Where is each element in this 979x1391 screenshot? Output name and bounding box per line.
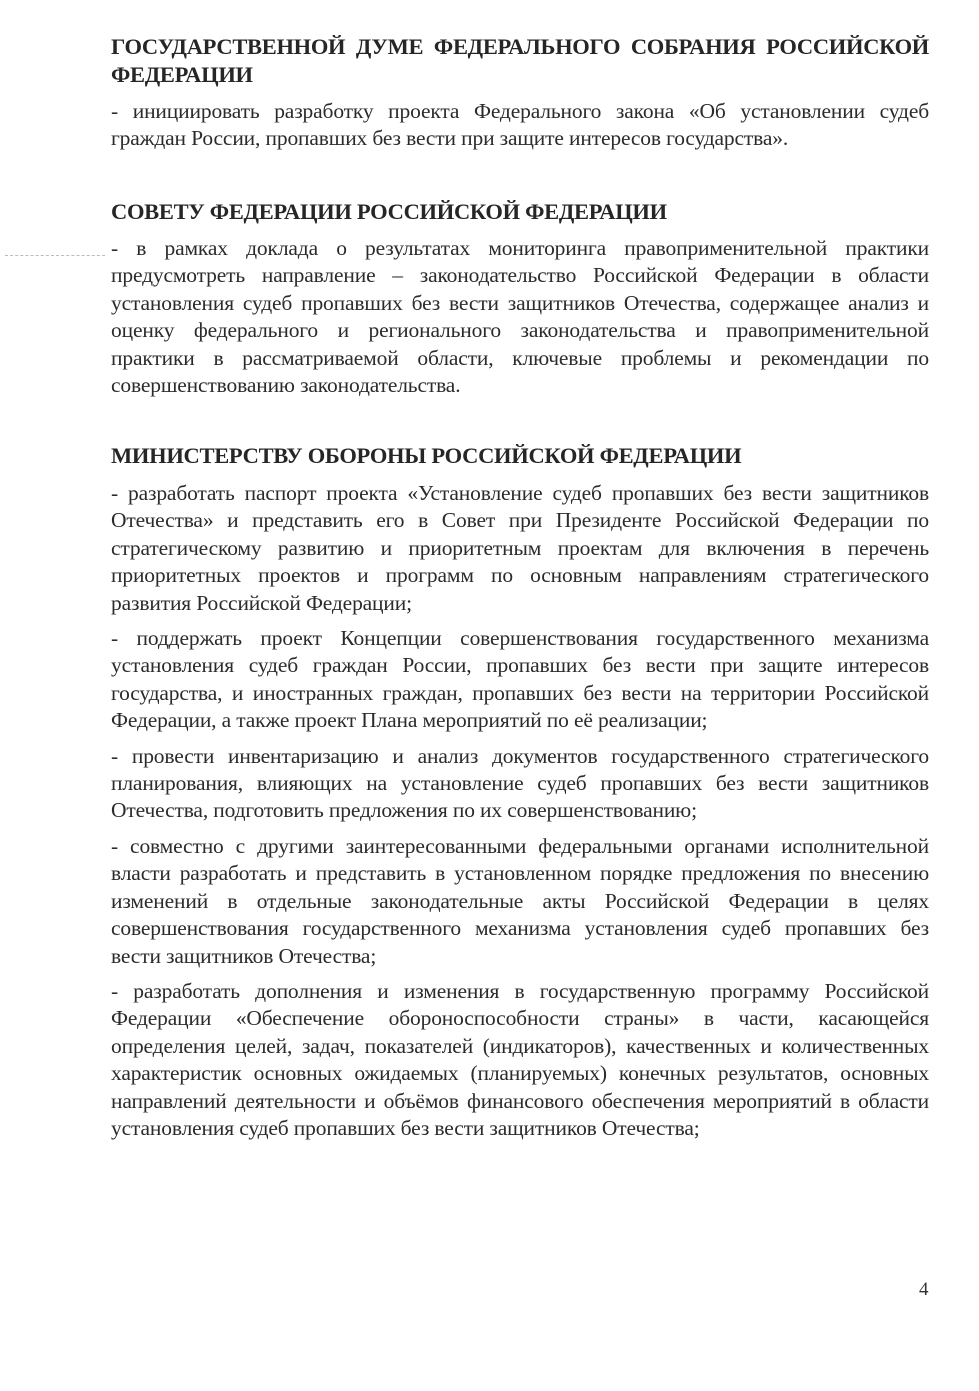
section-federation-council: СОВЕТУ ФЕДЕРАЦИИ РОССИЙСКОЙ ФЕДЕРАЦИИ - …: [111, 198, 929, 399]
list-item: - поддержать проект Концепции совершенст…: [111, 625, 929, 735]
list-item: - инициировать разработку проекта Федера…: [111, 98, 929, 153]
section-heading: ГОСУДАРСТВЕННОЙ ДУМЕ ФЕДЕРАЛЬНОГО СОБРАН…: [111, 33, 929, 89]
section-state-duma: ГОСУДАРСТВЕННОЙ ДУМЕ ФЕДЕРАЛЬНОГО СОБРАН…: [111, 33, 929, 153]
section-heading: МИНИСТЕРСТВУ ОБОРОНЫ РОССИЙСКОЙ ФЕДЕРАЦИ…: [111, 442, 929, 470]
list-item: - разработать паспорт проекта «Установле…: [111, 480, 929, 617]
scan-artifact-line: [5, 255, 105, 256]
section-ministry-of-defense: МИНИСТЕРСТВУ ОБОРОНЫ РОССИЙСКОЙ ФЕДЕРАЦИ…: [111, 442, 929, 1142]
list-item: - в рамках доклада о результатах монитор…: [111, 235, 929, 399]
list-item: - провести инвентаризацию и анализ докум…: [111, 743, 929, 825]
list-item: - совместно с другими заинтересованными …: [111, 833, 929, 970]
page-number: 4: [919, 1279, 929, 1301]
section-heading: СОВЕТУ ФЕДЕРАЦИИ РОССИЙСКОЙ ФЕДЕРАЦИИ: [111, 198, 929, 226]
list-item: - разработать дополнения и изменения в г…: [111, 978, 929, 1142]
